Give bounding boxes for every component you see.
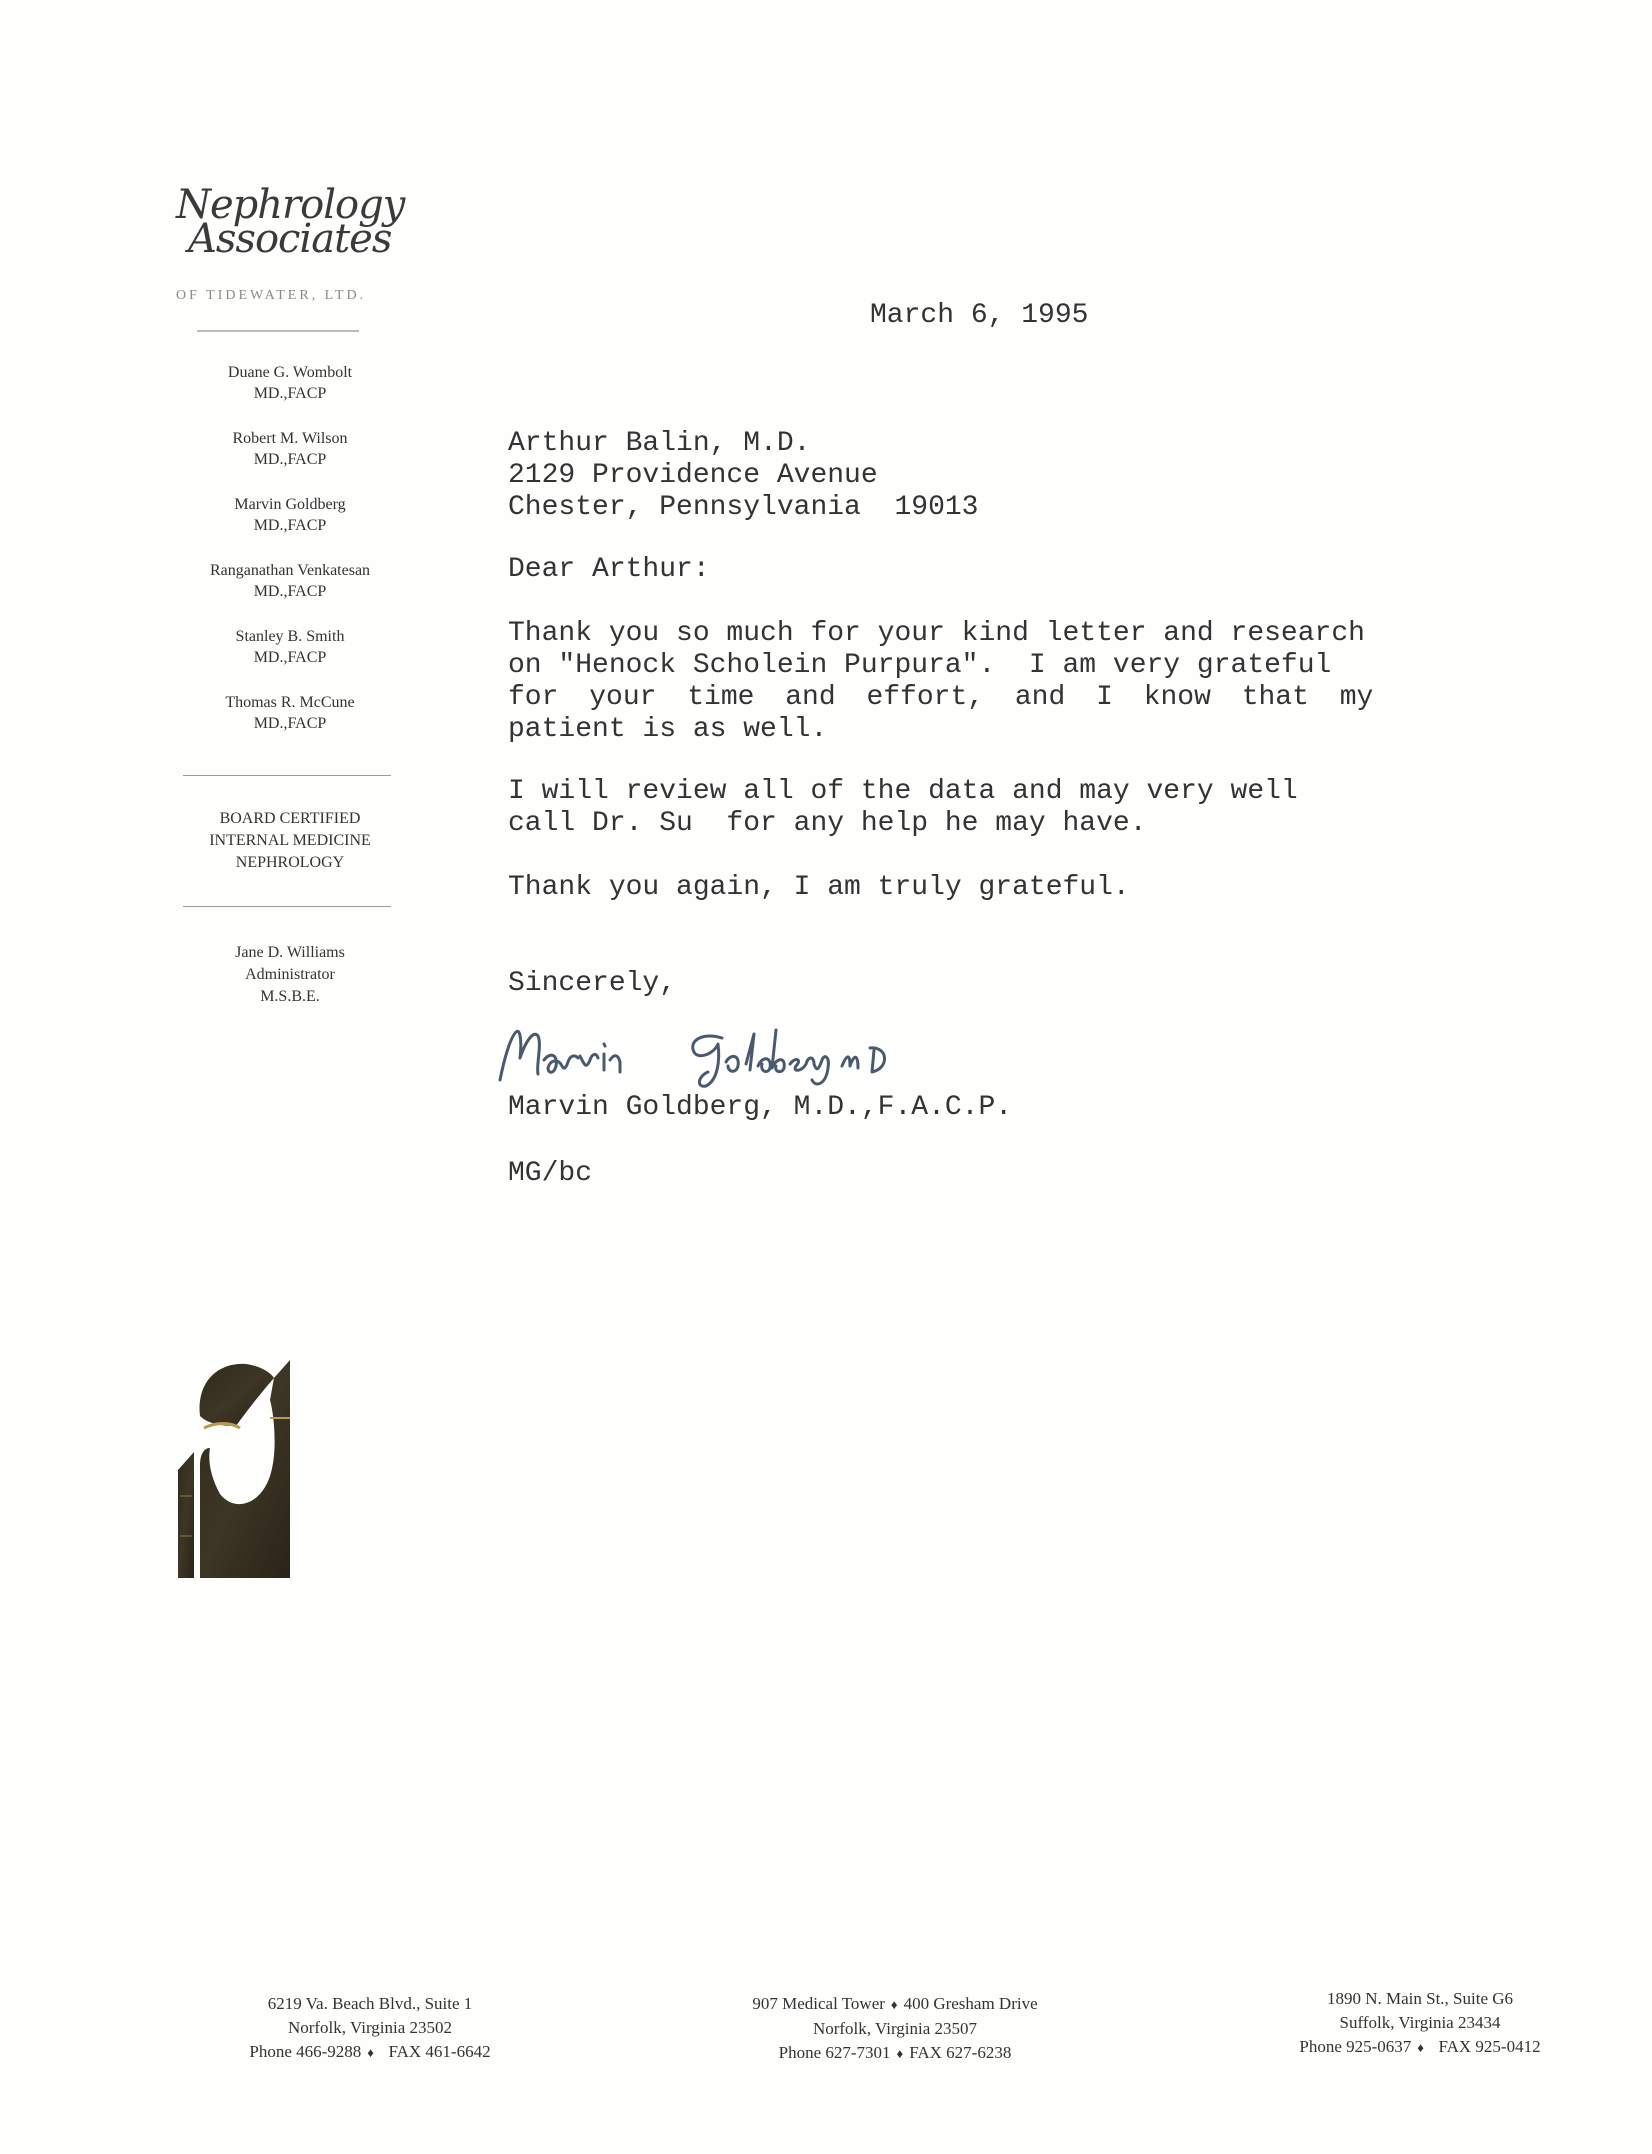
recipient-address: Arthur Balin, M.D.2129 Providence Avenue… — [508, 428, 978, 524]
diamond-separator-icon: ♦ — [367, 2045, 374, 2060]
certification-line: NEPHROLOGY — [170, 852, 410, 874]
org-name-line2: Associates — [188, 219, 391, 259]
org-subtitle: OF TIDEWATER, LTD. — [176, 288, 386, 304]
signer-name: Marvin Goldberg, M.D.,F.A.C.P. — [508, 1092, 1012, 1124]
diamond-separator-icon: ♦ — [897, 2046, 904, 2061]
office-contact: Phone 627-7301♦FAX 627-6238 — [705, 2041, 1085, 2066]
office-phone: Phone 627-7301 — [779, 2043, 891, 2062]
body-line: on "Henock Scholein Purpura". I am very … — [508, 650, 1488, 682]
physician-name: Thomas R. McCune — [170, 692, 410, 713]
physician-entry: Marvin Goldberg MD.,FACP — [170, 494, 410, 560]
org-logo-wordmark: Nephrology Associates — [172, 185, 392, 285]
office-address-3: 1890 N. Main St., Suite G6 Suffolk, Virg… — [1250, 1987, 1590, 2060]
handwritten-signature — [492, 1010, 1012, 1090]
office-contact: Phone 466-9288♦ FAX 461-6642 — [200, 2040, 540, 2065]
office-street: 907 Medical Tower♦400 Gresham Drive — [705, 1992, 1085, 2017]
physician-credentials: MD.,FACP — [170, 581, 410, 602]
physician-credentials: MD.,FACP — [170, 383, 410, 404]
body-line: call Dr. Su for any help he may have. — [508, 808, 1298, 840]
office-fax: FAX 925-0412 — [1438, 2037, 1540, 2056]
body-paragraph-2: I will review all of the data and may ve… — [508, 776, 1298, 840]
office-street-name: 400 Gresham Drive — [904, 1994, 1038, 2013]
office-phone: Phone 466-9288 — [249, 2042, 361, 2061]
physician-entry: Robert M. Wilson MD.,FACP — [170, 428, 410, 494]
body-line: patient is as well. — [508, 714, 1488, 746]
typist-initials: MG/bc — [508, 1158, 592, 1190]
board-certification: BOARD CERTIFIED INTERNAL MEDICINE NEPHRO… — [170, 808, 410, 874]
physician-credentials: MD.,FACP — [170, 449, 410, 470]
physician-entry: Thomas R. McCune MD.,FACP — [170, 692, 410, 758]
letter-date: March 6, 1995 — [870, 300, 1088, 332]
administrator-block: Jane D. Williams Administrator M.S.B.E. — [170, 942, 410, 1008]
office-phone: Phone 925-0637 — [1299, 2037, 1411, 2056]
physician-name: Stanley B. Smith — [170, 626, 410, 647]
office-city: Norfolk, Virginia 23502 — [200, 2016, 540, 2040]
physician-name: Marvin Goldberg — [170, 494, 410, 515]
sidebar-divider — [183, 906, 391, 907]
physician-name: Ranganathan Venkatesan — [170, 560, 410, 581]
recipient-city: Chester, Pennsylvania 19013 — [508, 492, 978, 524]
office-fax: FAX 461-6642 — [388, 2042, 490, 2061]
closing: Sincerely, — [508, 968, 676, 1000]
physician-entry: Ranganathan Venkatesan MD.,FACP — [170, 560, 410, 626]
office-city: Norfolk, Virginia 23507 — [705, 2017, 1085, 2041]
certification-line: INTERNAL MEDICINE — [170, 830, 410, 852]
office-fax: FAX 627-6238 — [909, 2043, 1011, 2062]
body-line: I will review all of the data and may ve… — [508, 776, 1298, 808]
body-paragraph-3: Thank you again, I am truly grateful. — [508, 872, 1130, 904]
office-address-1: 6219 Va. Beach Blvd., Suite 1 Norfolk, V… — [200, 1992, 540, 2065]
administrator-name: Jane D. Williams — [170, 942, 410, 964]
physician-credentials: MD.,FACP — [170, 647, 410, 668]
body-line: Thank you so much for your kind letter a… — [508, 618, 1488, 650]
physician-credentials: MD.,FACP — [170, 713, 410, 734]
physician-list: Duane G. Wombolt MD.,FACP Robert M. Wils… — [170, 362, 410, 758]
office-address-2: 907 Medical Tower♦400 Gresham Drive Norf… — [705, 1992, 1085, 2066]
body-line: Thank you again, I am truly grateful. — [508, 872, 1130, 904]
office-street: 6219 Va. Beach Blvd., Suite 1 — [200, 1992, 540, 2016]
letterhead-divider — [197, 330, 359, 332]
body-line: for your time and effort, and I know tha… — [508, 682, 1488, 714]
administrator-title: Administrator — [170, 964, 410, 986]
body-paragraph-1: Thank you so much for your kind letter a… — [508, 618, 1488, 746]
physician-entry: Duane G. Wombolt MD.,FACP — [170, 362, 410, 428]
sidebar-divider — [183, 775, 391, 776]
diamond-separator-icon: ♦ — [891, 1997, 898, 2012]
recipient-name: Arthur Balin, M.D. — [508, 428, 978, 460]
salutation: Dear Arthur: — [508, 554, 710, 586]
administrator-credentials: M.S.B.E. — [170, 986, 410, 1008]
certification-line: BOARD CERTIFIED — [170, 808, 410, 830]
office-building: 907 Medical Tower — [752, 1994, 885, 2013]
office-street: 1890 N. Main St., Suite G6 — [1250, 1987, 1590, 2011]
physician-name: Robert M. Wilson — [170, 428, 410, 449]
office-contact: Phone 925-0637♦ FAX 925-0412 — [1250, 2035, 1590, 2060]
letter-page: Nephrology Associates OF TIDEWATER, LTD.… — [0, 0, 1652, 2154]
org-emblem-icon — [178, 1356, 292, 1578]
physician-name: Duane G. Wombolt — [170, 362, 410, 383]
recipient-street: 2129 Providence Avenue — [508, 460, 978, 492]
physician-credentials: MD.,FACP — [170, 515, 410, 536]
office-city: Suffolk, Virginia 23434 — [1250, 2011, 1590, 2035]
diamond-separator-icon: ♦ — [1417, 2040, 1424, 2055]
physician-entry: Stanley B. Smith MD.,FACP — [170, 626, 410, 692]
